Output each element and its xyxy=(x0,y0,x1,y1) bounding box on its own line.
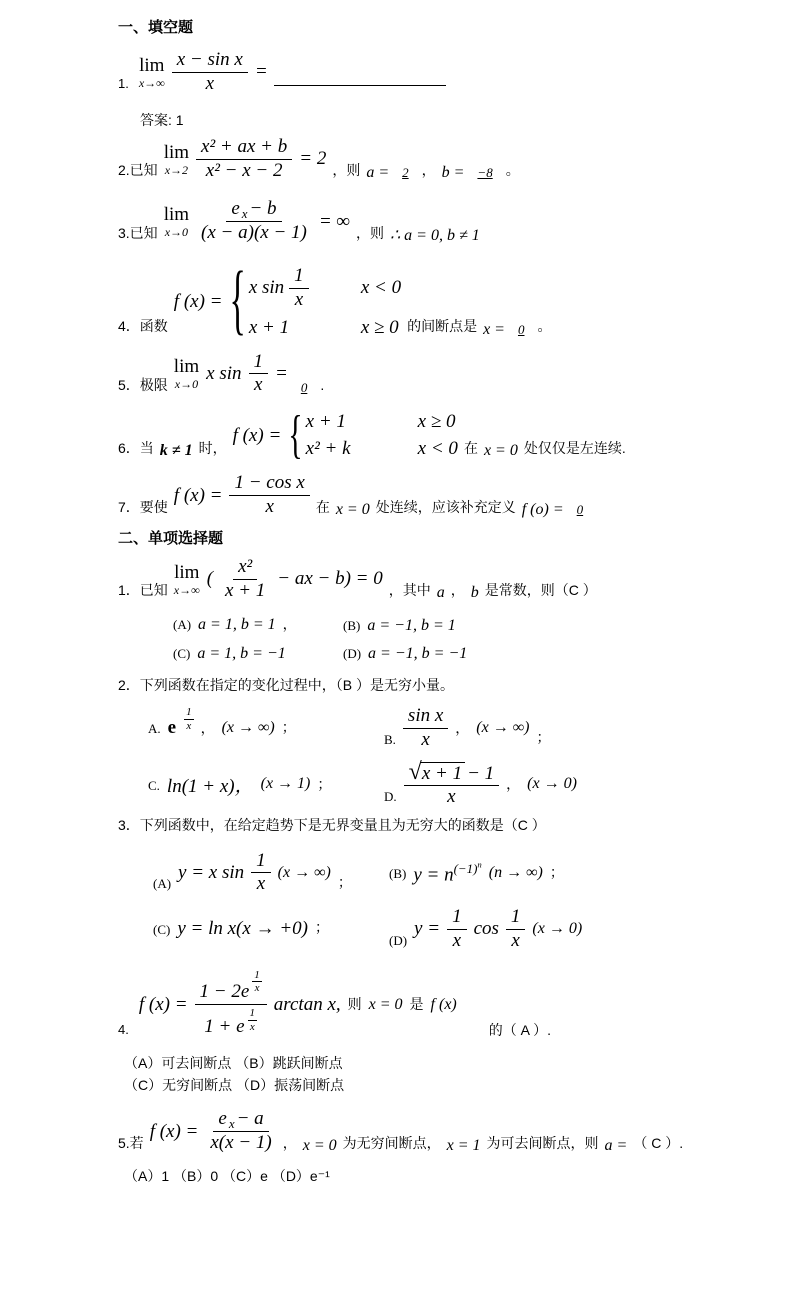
var-a-equals: a = xyxy=(366,164,389,182)
sup-fraction: 1x xyxy=(248,1007,258,1033)
condition: (x → 0) xyxy=(532,920,582,938)
fraction-numerator: 1 − 2e1x xyxy=(195,967,267,1005)
question-number: 4. xyxy=(118,1021,129,1040)
mini-numerator: 1 xyxy=(248,1007,258,1021)
condition: (x → ∞) xyxy=(222,719,275,737)
option-D: D. √x + 1− 1 x ， (x → 0) xyxy=(384,760,577,810)
comma: ， xyxy=(451,580,465,600)
option-A: (A) a = 1, b = 1 ， xyxy=(173,614,337,634)
choice-q2-options-row-1: A. e1x ， (x → ∞) ； B. sin x x ， (x → ∞) … xyxy=(148,705,767,752)
var-b-equals: b = xyxy=(442,164,465,182)
limit-word: lim xyxy=(174,357,199,376)
question-label: 2.已知 xyxy=(118,160,158,180)
limit-formula: lim x→2 x² + ax + b x² − x − 2 = 2 xyxy=(164,136,327,183)
curly-brace: { xyxy=(288,406,302,466)
fraction-denominator: x xyxy=(290,289,308,312)
fraction-denominator: x(x − 1) xyxy=(205,1132,276,1155)
question-number: 1. xyxy=(118,75,129,94)
semicolon: ； xyxy=(317,774,331,794)
option-B: B. sin x x ， (x → ∞) ； xyxy=(384,705,550,752)
fraction-denominator: x xyxy=(416,729,434,752)
exponent-x: x xyxy=(229,1116,235,1132)
mini-numerator: 1 xyxy=(184,706,194,720)
option-value: a = 1, b = −1 xyxy=(197,645,285,663)
option-tag: (D) xyxy=(389,933,407,949)
piecewise: { x sin 1 x x < 0 x + 1 xyxy=(229,265,401,339)
answer-value: 0 xyxy=(570,502,591,518)
fraction-numerator: 1 xyxy=(447,906,467,930)
limit-formula: lim x→0 ex− b (x − a)(x − 1) = ∞ xyxy=(164,198,350,245)
then-text: ，则 xyxy=(356,223,384,243)
infinite-discontinuity-text: 为无穷间断点， xyxy=(343,1133,441,1153)
fraction: sin x x xyxy=(403,705,448,752)
fraction-denominator: x xyxy=(442,786,460,809)
fraction-denominator: 1 + e1x xyxy=(199,1005,262,1042)
mini-denominator: x xyxy=(184,720,193,733)
option-A: A. e1x ， (x → ∞) ； xyxy=(148,715,384,741)
mini-denominator: x xyxy=(248,1021,257,1034)
fill-question-3: 3.已知 lim x→0 ex− b (x − a)(x − 1) = ∞ ，则… xyxy=(118,198,767,245)
then-text: 则 xyxy=(348,994,362,1014)
fill-question-5: 5．极限 lim x→0 x sin 1 x = 0 . xyxy=(118,351,767,398)
fraction-denominator: x xyxy=(506,930,524,953)
fraction-numerator: 1 xyxy=(249,351,269,375)
comma: ， xyxy=(283,614,297,634)
function-lhs: f (x) = xyxy=(174,485,223,507)
question-label: 1．已知 xyxy=(118,580,168,600)
option-D: (D) a = −1, b = −1 xyxy=(343,645,467,663)
limit-block: lim x→∞ xyxy=(174,563,200,596)
x-sin-text: x sin xyxy=(249,277,284,299)
mini-fraction: 1x xyxy=(248,1007,258,1033)
limit-subscript: x→0 xyxy=(165,226,188,238)
fraction-numerator: x − sin x xyxy=(172,49,248,73)
choice-question-3-label: 3．下列函数中，在给定趋势下是无界变量且为无穷大的函数是（C ） xyxy=(118,815,767,835)
limit-formula: lim x→∞ ( x² x + 1 − ax − b) = 0 xyxy=(174,556,383,603)
semicolon: ； xyxy=(338,872,352,892)
option-formula: sin x x ， (x → ∞) xyxy=(403,705,530,752)
case-expression: x + 1 xyxy=(249,317,361,339)
comma: ， xyxy=(283,1133,297,1153)
fraction: √x + 1− 1 x xyxy=(404,760,500,810)
sup-fraction: 1x xyxy=(184,706,194,732)
cos-text: cos xyxy=(474,918,499,940)
period: 。 xyxy=(537,316,551,336)
fraction-numerator: 1 xyxy=(289,265,309,289)
answer-text: （ C ）. xyxy=(633,1133,683,1153)
fraction: 1 − cos x x xyxy=(229,472,309,519)
euler-e: e xyxy=(168,717,176,739)
semicolon: ； xyxy=(550,862,564,882)
mini-denominator: x xyxy=(253,982,262,995)
answer-blank-line xyxy=(274,85,446,86)
fraction-numerator: √x + 1− 1 xyxy=(404,760,500,787)
fraction: 1 − 2e1x 1 + e1x xyxy=(195,967,267,1043)
choice-question-2-label: 2．下列函数在指定的变化过程中，（B ）是无穷小量。 xyxy=(118,675,767,695)
choice-q3-options-row-1: (A) y = x sin 1 x (x → ∞) ； (B) y = n(−1… xyxy=(153,850,767,897)
limit-subscript: x→∞ xyxy=(174,584,200,596)
option-tag: (A) xyxy=(173,617,191,633)
fraction-formula: f (x) = ex− a x(x − 1) xyxy=(150,1108,277,1155)
option-formula: ln(1 + x)， (x → 1) xyxy=(167,771,310,798)
case-condition: x ≥ 0 xyxy=(361,317,399,339)
mini-fraction: 1x xyxy=(184,706,194,732)
option-formula: y = n(−1)n (n → ∞) xyxy=(413,860,542,887)
x-equals: x = xyxy=(483,321,505,339)
fill-question-4: 4．函数 f (x) = { x sin 1 x x < 0 xyxy=(118,265,767,339)
fraction: ex− a x(x − 1) xyxy=(205,1108,276,1155)
x-zero: x = 0 xyxy=(369,996,403,1014)
section-title-multiple-choice: 二、单项选择题 xyxy=(118,527,767,548)
equals-infinity: = ∞ xyxy=(319,211,350,233)
conclusion: ∴ a = 0, b ≠ 1 xyxy=(390,225,480,245)
mini-fraction: 1x xyxy=(252,969,262,995)
fraction-denominator: x xyxy=(201,73,219,96)
x-zero: x = 0 xyxy=(303,1137,337,1155)
function-lhs: f (x) = xyxy=(150,1121,199,1143)
option-B: (B) a = −1, b = 1 xyxy=(343,617,456,635)
fraction-numerator: sin x xyxy=(403,705,448,729)
case-condition: x < 0 xyxy=(361,277,401,299)
case-row: x + 1 x ≥ 0 xyxy=(306,411,458,433)
answer-value: 0 xyxy=(294,380,315,396)
option-tag: (B) xyxy=(343,618,360,634)
option-tag: (B) xyxy=(389,866,406,882)
option-tag: (A) xyxy=(153,876,171,892)
fill-question-6: 6．当 k ≠ 1 时， f (x) = { x + 1 x ≥ 0 x² + … xyxy=(118,411,767,460)
exponent-base: (−1) xyxy=(454,861,478,876)
square-root: √x + 1 xyxy=(409,760,465,786)
function-lhs: f (x) = xyxy=(233,425,282,447)
option-B: (B) y = n(−1)n (n → ∞) ； xyxy=(389,860,564,887)
fraction-numerator: x² + ax + b xyxy=(196,136,292,160)
fraction-numerator: 1 xyxy=(251,850,271,874)
den-text: 1 + e xyxy=(204,1016,244,1039)
euler-e: e xyxy=(218,1108,226,1131)
choice-question-5: 5.若 f (x) = ex− a x(x − 1) ， x = 0 为无穷间断… xyxy=(118,1108,767,1155)
limit-word: lim xyxy=(174,563,199,582)
expr-text: x + 1 xyxy=(249,317,289,339)
at-text: 在 xyxy=(316,497,330,517)
period: . xyxy=(320,375,324,395)
expr-text: x² + k xyxy=(306,438,351,460)
exponent: (−1)n xyxy=(454,861,482,876)
section-title-fill-in: 一、填空题 xyxy=(118,16,767,37)
comma: ， xyxy=(201,718,215,738)
fraction: 1 x xyxy=(506,906,526,953)
condition: (x → 0) xyxy=(527,775,577,793)
condition: (x → 1) xyxy=(261,775,311,793)
semicolon: ； xyxy=(536,727,550,747)
answer-text: 答案: 1 xyxy=(140,110,767,130)
option-D: (D) y = 1 x cos 1 x (x → 0) xyxy=(389,906,582,953)
answer-a: 2 xyxy=(395,165,416,181)
piecewise-formula: f (x) = { x + 1 x ≥ 0 x² + k x < 0 xyxy=(233,411,458,460)
question-label: 5.若 xyxy=(118,1133,144,1153)
fraction: 1 x xyxy=(251,850,271,897)
worksheet-page: 一、填空题 1. lim x→∞ x − sin x x = 答案: 1 2.已… xyxy=(0,0,793,1311)
option-value: a = 1, b = 1 xyxy=(198,616,276,634)
case-condition: x ≥ 0 xyxy=(418,411,456,433)
case-expression: x² + k xyxy=(306,438,418,460)
fraction-numerator: ex− b xyxy=(226,198,281,222)
limit-formula: lim x→0 x sin 1 x = xyxy=(174,351,288,398)
sup-fraction: 1x xyxy=(252,969,262,995)
expression-rest: − ax − b) = 0 xyxy=(277,568,382,590)
question-label: 5．极限 xyxy=(118,375,168,395)
arctan-text: arctan x, xyxy=(274,994,341,1016)
limit-block: lim x→∞ xyxy=(139,56,165,89)
condition: (x → ∞) xyxy=(278,864,331,882)
minus-b: − b xyxy=(249,198,276,221)
expression: ln(1 + x)， xyxy=(167,771,254,798)
question-label: 6．当 xyxy=(118,438,154,458)
question-label: 4．函数 xyxy=(118,316,168,336)
limit-block: lim x→0 xyxy=(174,357,199,390)
option-tag: C. xyxy=(148,778,160,794)
choice-q1-options-row-1: (A) a = 1, b = 1 ， (B) a = −1, b = 1 xyxy=(173,614,767,634)
semicolon: ； xyxy=(315,917,329,937)
choice-question-4: 4. f (x) = 1 − 2e1x 1 + e1x arctan x, 则 … xyxy=(118,967,767,1043)
expr-text: x + 1 xyxy=(306,411,346,433)
minus-one: − 1 xyxy=(467,763,494,786)
tail-text: 处仅仅是左连续. xyxy=(524,438,626,458)
then-text: ，则 xyxy=(332,160,360,180)
fraction: 1 x xyxy=(447,906,467,953)
option-tag: B. xyxy=(384,732,396,748)
comma: ， xyxy=(422,160,436,180)
fraction: x − sin x x xyxy=(172,49,248,96)
choice-q1-options-row-2: (C) a = 1, b = −1 (D) a = −1, b = −1 xyxy=(173,645,767,663)
equals-value: = 2 xyxy=(299,148,326,170)
option-formula: √x + 1− 1 x ， (x → 0) xyxy=(404,760,577,810)
expression: y = x sin xyxy=(178,862,244,884)
fraction: 1 x xyxy=(289,265,309,312)
option-A: (A) y = x sin 1 x (x → ∞) ； xyxy=(153,850,389,897)
limit-formula: lim x→∞ x − sin x x = xyxy=(139,49,268,96)
option-tag: (C) xyxy=(173,646,190,662)
condition: (n → ∞) xyxy=(489,864,543,882)
euler-e: e xyxy=(231,198,239,221)
limit-word: lim xyxy=(164,205,189,224)
option-tag: (C) xyxy=(153,922,170,938)
expression: y = n(−1)n xyxy=(413,860,481,887)
fraction: x² x + 1 xyxy=(220,556,270,603)
function-lhs: f (x) = xyxy=(139,994,188,1016)
is-text: 是 xyxy=(410,994,424,1014)
choice-q4-options-row-1: （A）可去间断点 （B）跳跃间断点 xyxy=(124,1052,767,1074)
a-equals: a = xyxy=(605,1137,628,1155)
at-text: 在 xyxy=(464,438,478,458)
choice-q5-options: （A）1 （B）0 （C）e （D）e⁻¹ xyxy=(124,1165,767,1187)
fraction-denominator: x² − x − 2 xyxy=(201,160,288,183)
option-C: (C) y = ln x(x → +0) ； xyxy=(153,917,389,941)
case-row: x + 1 x ≥ 0 xyxy=(249,317,401,339)
open-paren: ( xyxy=(207,568,213,590)
fill-question-1: 1. lim x→∞ x − sin x x = 答案: 1 xyxy=(118,49,767,130)
comma: ， xyxy=(455,718,469,738)
tail-text: 处连续，应该补充定义 xyxy=(376,497,516,517)
expression: y = ln x(x → +0) xyxy=(177,918,308,940)
radicand: x + 1 xyxy=(420,762,465,786)
choice-question-1: 1．已知 lim x→∞ ( x² x + 1 − ax − b) = 0 ，其… xyxy=(118,556,767,603)
option-tag: D. xyxy=(384,789,397,805)
option-tag: A. xyxy=(148,721,161,737)
fraction: 1 x xyxy=(249,351,269,398)
var-a: a xyxy=(437,584,445,602)
base: y = n xyxy=(413,864,453,885)
fraction-numerator: 1 xyxy=(506,906,526,930)
var-b: b xyxy=(471,584,479,602)
answer-value: 0 xyxy=(511,322,532,338)
fill-question-2: 2.已知 lim x→2 x² + ax + b x² − x − 2 = 2 … xyxy=(118,136,767,183)
mini-numerator: 1 xyxy=(252,969,262,983)
case-condition: x < 0 xyxy=(418,438,458,460)
limit-subscript: x→0 xyxy=(175,378,198,390)
condition: (x → ∞) xyxy=(476,719,529,737)
fraction-numerator: 1 − cos x xyxy=(229,472,309,496)
choice-q3-options-row-2: (C) y = ln x(x → +0) ； (D) y = 1 x cos 1… xyxy=(153,906,767,953)
function-lhs: f (x) = xyxy=(174,291,223,313)
fraction-denominator: x xyxy=(260,496,278,519)
fraction-denominator: x xyxy=(448,930,466,953)
comma: ， xyxy=(506,774,520,794)
y-equals: y = xyxy=(414,918,440,940)
option-value: a = −1, b = 1 xyxy=(367,617,455,635)
answer-text: 是常数，则（C ） xyxy=(485,580,597,600)
equals-sign: = xyxy=(255,61,268,83)
exponent-x: x xyxy=(242,206,248,222)
curly-brace: { xyxy=(229,258,245,345)
limit-block: lim x→2 xyxy=(164,143,189,176)
option-formula: y = 1 x cos 1 x (x → 0) xyxy=(414,906,582,953)
case-expression: x sin 1 x xyxy=(249,265,361,312)
fraction: ex− b (x − a)(x − 1) xyxy=(196,198,312,245)
case-row: x² + k x < 0 xyxy=(306,438,458,460)
shi-text: 时， xyxy=(199,438,227,458)
minus-a: − a xyxy=(237,1108,264,1131)
removable-discontinuity-text: 为可去间断点，则 xyxy=(487,1133,599,1153)
question-row: 1. lim x→∞ x − sin x x = xyxy=(118,49,767,96)
piecewise-formula: f (x) = { x sin 1 x x < 0 xyxy=(174,265,401,339)
case-row: x sin 1 x x < 0 xyxy=(249,265,401,312)
x-zero: x = 0 xyxy=(336,501,370,519)
piecewise: { x + 1 x ≥ 0 x² + k x < 0 xyxy=(288,411,458,460)
x-zero: x = 0 xyxy=(484,442,518,460)
fraction-formula: f (x) = 1 − cos x x xyxy=(174,472,310,519)
limit-word: lim xyxy=(139,56,164,75)
fraction-denominator: x xyxy=(252,873,270,896)
limit-subscript: x→∞ xyxy=(139,77,165,89)
answer-b: −8 xyxy=(470,165,499,181)
f-of-o: f (o) = xyxy=(522,501,564,519)
case-expression: x + 1 xyxy=(306,411,418,433)
period: 。 xyxy=(506,160,520,180)
option-C: (C) a = 1, b = −1 xyxy=(173,645,337,663)
question-label: 3.已知 xyxy=(118,223,158,243)
answer-text: 的（ A ）. xyxy=(489,1020,551,1040)
option-formula: y = x sin 1 x (x → ∞) xyxy=(178,850,331,897)
f-of-x: f (x) xyxy=(431,996,457,1014)
fraction-denominator: x + 1 xyxy=(220,580,270,603)
limit-word: lim xyxy=(164,143,189,162)
among-text: ，其中 xyxy=(389,580,431,600)
option-tag: (D) xyxy=(343,646,361,662)
fill-question-7: 7．要使 f (x) = 1 − cos x x 在 x = 0 处连续，应该补… xyxy=(118,472,767,519)
semicolon: ； xyxy=(282,717,296,737)
choice-q4-options-row-2: （C）无穷间断点 （D）振荡间断点 xyxy=(124,1074,767,1096)
option-value: a = −1, b = −1 xyxy=(368,645,467,663)
fraction-denominator: x xyxy=(249,374,267,397)
limit-subscript: x→2 xyxy=(165,164,188,176)
piecewise-cases: x sin 1 x x < 0 x + 1 x ≥ 0 xyxy=(249,265,401,339)
option-formula: e1x ， (x → ∞) xyxy=(168,715,275,741)
k-condition: k ≠ 1 xyxy=(160,442,193,460)
fraction-numerator: ex− a xyxy=(213,1108,268,1132)
choice-q2-options-row-2: C. ln(1 + x)， (x → 1) ； D. √x + 1− 1 x ，… xyxy=(148,760,767,810)
fraction-numerator: x² xyxy=(233,556,257,580)
limit-block: lim x→0 xyxy=(164,205,189,238)
tail-text: 的间断点是 xyxy=(407,316,477,336)
fraction-denominator: (x − a)(x − 1) xyxy=(196,222,312,245)
piecewise-cases: x + 1 x ≥ 0 x² + k x < 0 xyxy=(306,411,458,460)
exponent-exponent: n xyxy=(477,860,481,870)
fraction-formula: f (x) = 1 − 2e1x 1 + e1x arctan x, 则 x =… xyxy=(139,967,457,1043)
equals-sign: = xyxy=(275,363,288,385)
x-sin-text: x sin xyxy=(206,363,241,385)
x-one: x = 1 xyxy=(447,1137,481,1155)
option-C: C. ln(1 + x)， (x → 1) ； xyxy=(148,771,384,798)
num-text: 1 − 2e xyxy=(200,981,250,1004)
question-label: 7．要使 xyxy=(118,497,168,517)
fraction: x² + ax + b x² − x − 2 xyxy=(196,136,292,183)
